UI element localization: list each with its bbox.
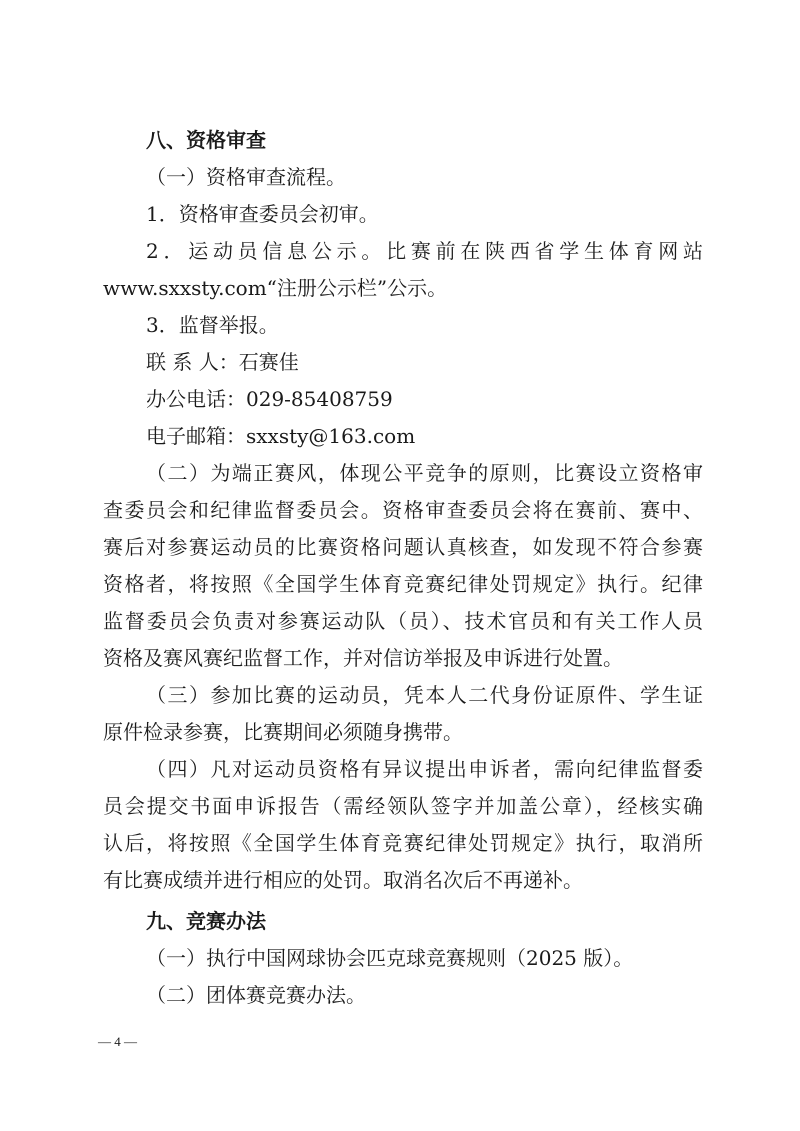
paragraph-line: 员会提交书面申诉报告（需经领队签字并加盖公章），经核实确 — [103, 791, 703, 821]
paragraph-line: 查委员会和纪律监督委员会。资格审查委员会将在赛前、赛中、 — [103, 495, 703, 525]
email-address: 电子邮箱：sxxsty@163.com — [146, 421, 703, 451]
subsection-competition-rules: （一）执行中国网球协会匹克球竞赛规则（2025 版）。 — [146, 943, 703, 973]
subsection-review-process: （一）资格审查流程。 — [146, 162, 703, 192]
subsection-team-competition-method: （二）团体赛竞赛办法。 — [146, 980, 703, 1010]
page-number: — 4 — — [98, 1034, 137, 1050]
contact-person: 联 系 人：石赛佳 — [146, 347, 703, 377]
list-item-athlete-info-publicity: 2．运动员信息公示。比赛前在陕西省学生体育网站 — [146, 236, 703, 266]
list-item-initial-review: 1．资格审查委员会初审。 — [146, 199, 703, 229]
document-page: 八、资格审查 （一）资格审查流程。 1．资格审查委员会初审。 2．运动员信息公示… — [0, 0, 800, 1131]
paragraph-line: 有比赛成绩并进行相应的处罚。取消名次后不再递补。 — [103, 865, 703, 895]
paragraph-line: 资格者，将按照《全国学生体育竞赛纪律处罚规定》执行。纪律 — [103, 569, 703, 599]
paragraph-line: （二）为端正赛风，体现公平竞争的原则，比赛设立资格审 — [146, 458, 703, 488]
paragraph-line: 原件检录参赛，比赛期间必须随身携带。 — [103, 717, 703, 747]
section-heading-competition-method: 九、竞赛办法 — [146, 906, 746, 936]
paragraph-line: 资格及赛风赛纪监督工作，并对信访举报及申诉进行处置。 — [103, 643, 703, 673]
paragraph-line: 认后，将按照《全国学生体育竞赛纪律处罚规定》执行，取消所 — [103, 828, 703, 858]
paragraph-line-website: www.sxxsty.com“注册公示栏”公示。 — [103, 273, 703, 303]
section-heading-qualification-review: 八、资格审查 — [146, 125, 746, 155]
list-item-supervision-report: 3．监督举报。 — [146, 310, 703, 340]
paragraph-line: （四）凡对运动员资格有异议提出申诉者，需向纪律监督委 — [146, 754, 703, 784]
office-phone: 办公电话：029-85408759 — [146, 384, 703, 414]
paragraph-line: 监督委员会负责对参赛运动队（员）、技术官员和有关工作人员 — [103, 606, 703, 636]
paragraph-line: 赛后对参赛运动员的比赛资格问题认真核查，如发现不符合参赛 — [103, 532, 703, 562]
paragraph-line: （三）参加比赛的运动员，凭本人二代身份证原件、学生证 — [146, 680, 703, 710]
